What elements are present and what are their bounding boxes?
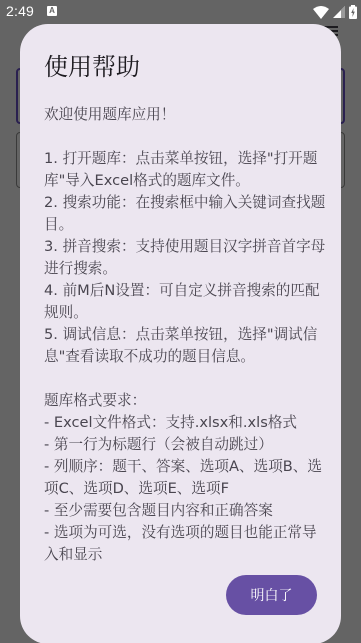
help-line: 规则。 (44, 302, 324, 324)
spacer (44, 368, 324, 390)
notification-a-icon: A (47, 6, 57, 16)
format-line: - Excel文件格式：支持.xlsx和.xls格式 (44, 412, 324, 434)
cell-signal-icon (333, 6, 345, 18)
help-line: 3. 拼音搜索：支持使用题目汉字拼音首字母 (44, 236, 324, 258)
welcome-line: 欢迎使用题库应用！ (44, 104, 324, 126)
status-icons (313, 5, 357, 19)
format-line: - 第一行为标题行（会被自动跳过） (44, 434, 324, 456)
confirm-button[interactable]: 明白了 (226, 575, 317, 615)
wifi-icon (313, 6, 329, 19)
help-line: 库"导入Excel格式的题库文件。 (44, 170, 324, 192)
format-heading: 题库格式要求： (44, 390, 324, 412)
battery-charging-icon (349, 5, 357, 19)
format-line: - 列顺序：题干、答案、选项A、选项B、选 (44, 456, 324, 478)
status-bar: 2:49 A (0, 0, 361, 24)
dialog-body: 欢迎使用题库应用！ 1. 打开题库：点击菜单按钮，选择"打开题 库"导入Exce… (44, 104, 324, 566)
help-line: 目。 (44, 214, 324, 236)
help-line: 5. 调试信息：点击菜单按钮，选择"调试信 (44, 324, 324, 346)
help-line: 进行搜索。 (44, 258, 324, 280)
dialog-title: 使用帮助 (44, 51, 140, 83)
status-time: 2:49 (6, 3, 34, 19)
help-line: 息"查看读取不成功的题目信息。 (44, 346, 324, 368)
format-line: 项C、选项D、选项E、选项F (44, 478, 324, 500)
help-line: 2. 搜索功能：在搜索框中输入关键词查找题 (44, 192, 324, 214)
format-line: - 选项为可选，没有选项的题目也能正常导 (44, 522, 324, 544)
format-line: 入和显示 (44, 544, 324, 566)
help-dialog: 使用帮助 欢迎使用题库应用！ 1. 打开题库：点击菜单按钮，选择"打开题 库"导… (20, 24, 341, 643)
help-line: 4. 前M后N设置：可自定义拼音搜索的匹配 (44, 280, 324, 302)
help-line: 1. 打开题库：点击菜单按钮，选择"打开题 (44, 148, 324, 170)
format-line: - 至少需要包含题目内容和正确答案 (44, 500, 324, 522)
spacer (44, 126, 324, 148)
